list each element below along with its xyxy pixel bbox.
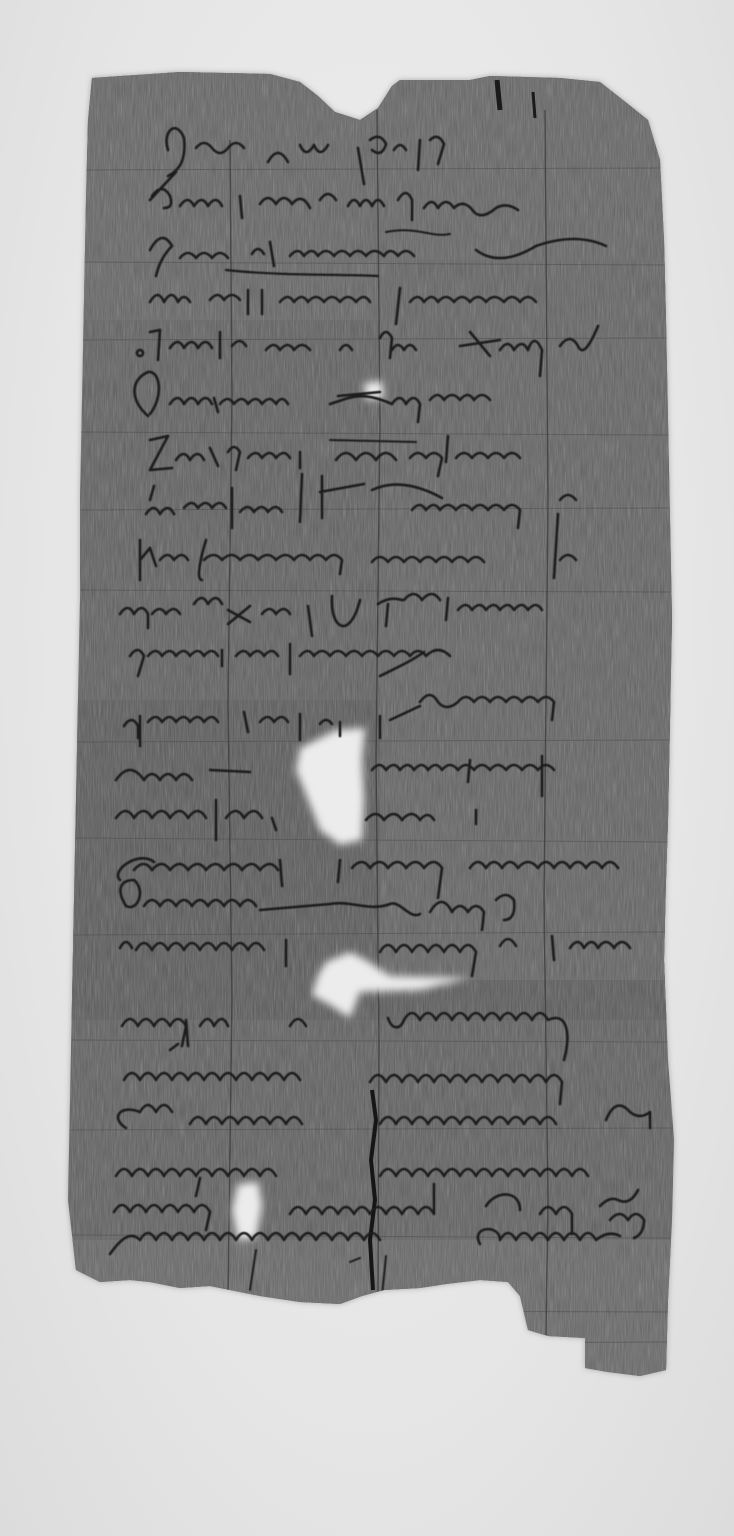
papyrus-photo [0,0,734,1536]
crack-top-right [533,92,535,118]
papyrus-sheet [60,60,680,1399]
ink-spots [223,1302,257,1399]
photo-stage: Photograph of a Greek papyrus letter, 23… [0,0,734,1536]
torn-bottom-edge [380,1280,440,1286]
crack-top [497,80,500,110]
